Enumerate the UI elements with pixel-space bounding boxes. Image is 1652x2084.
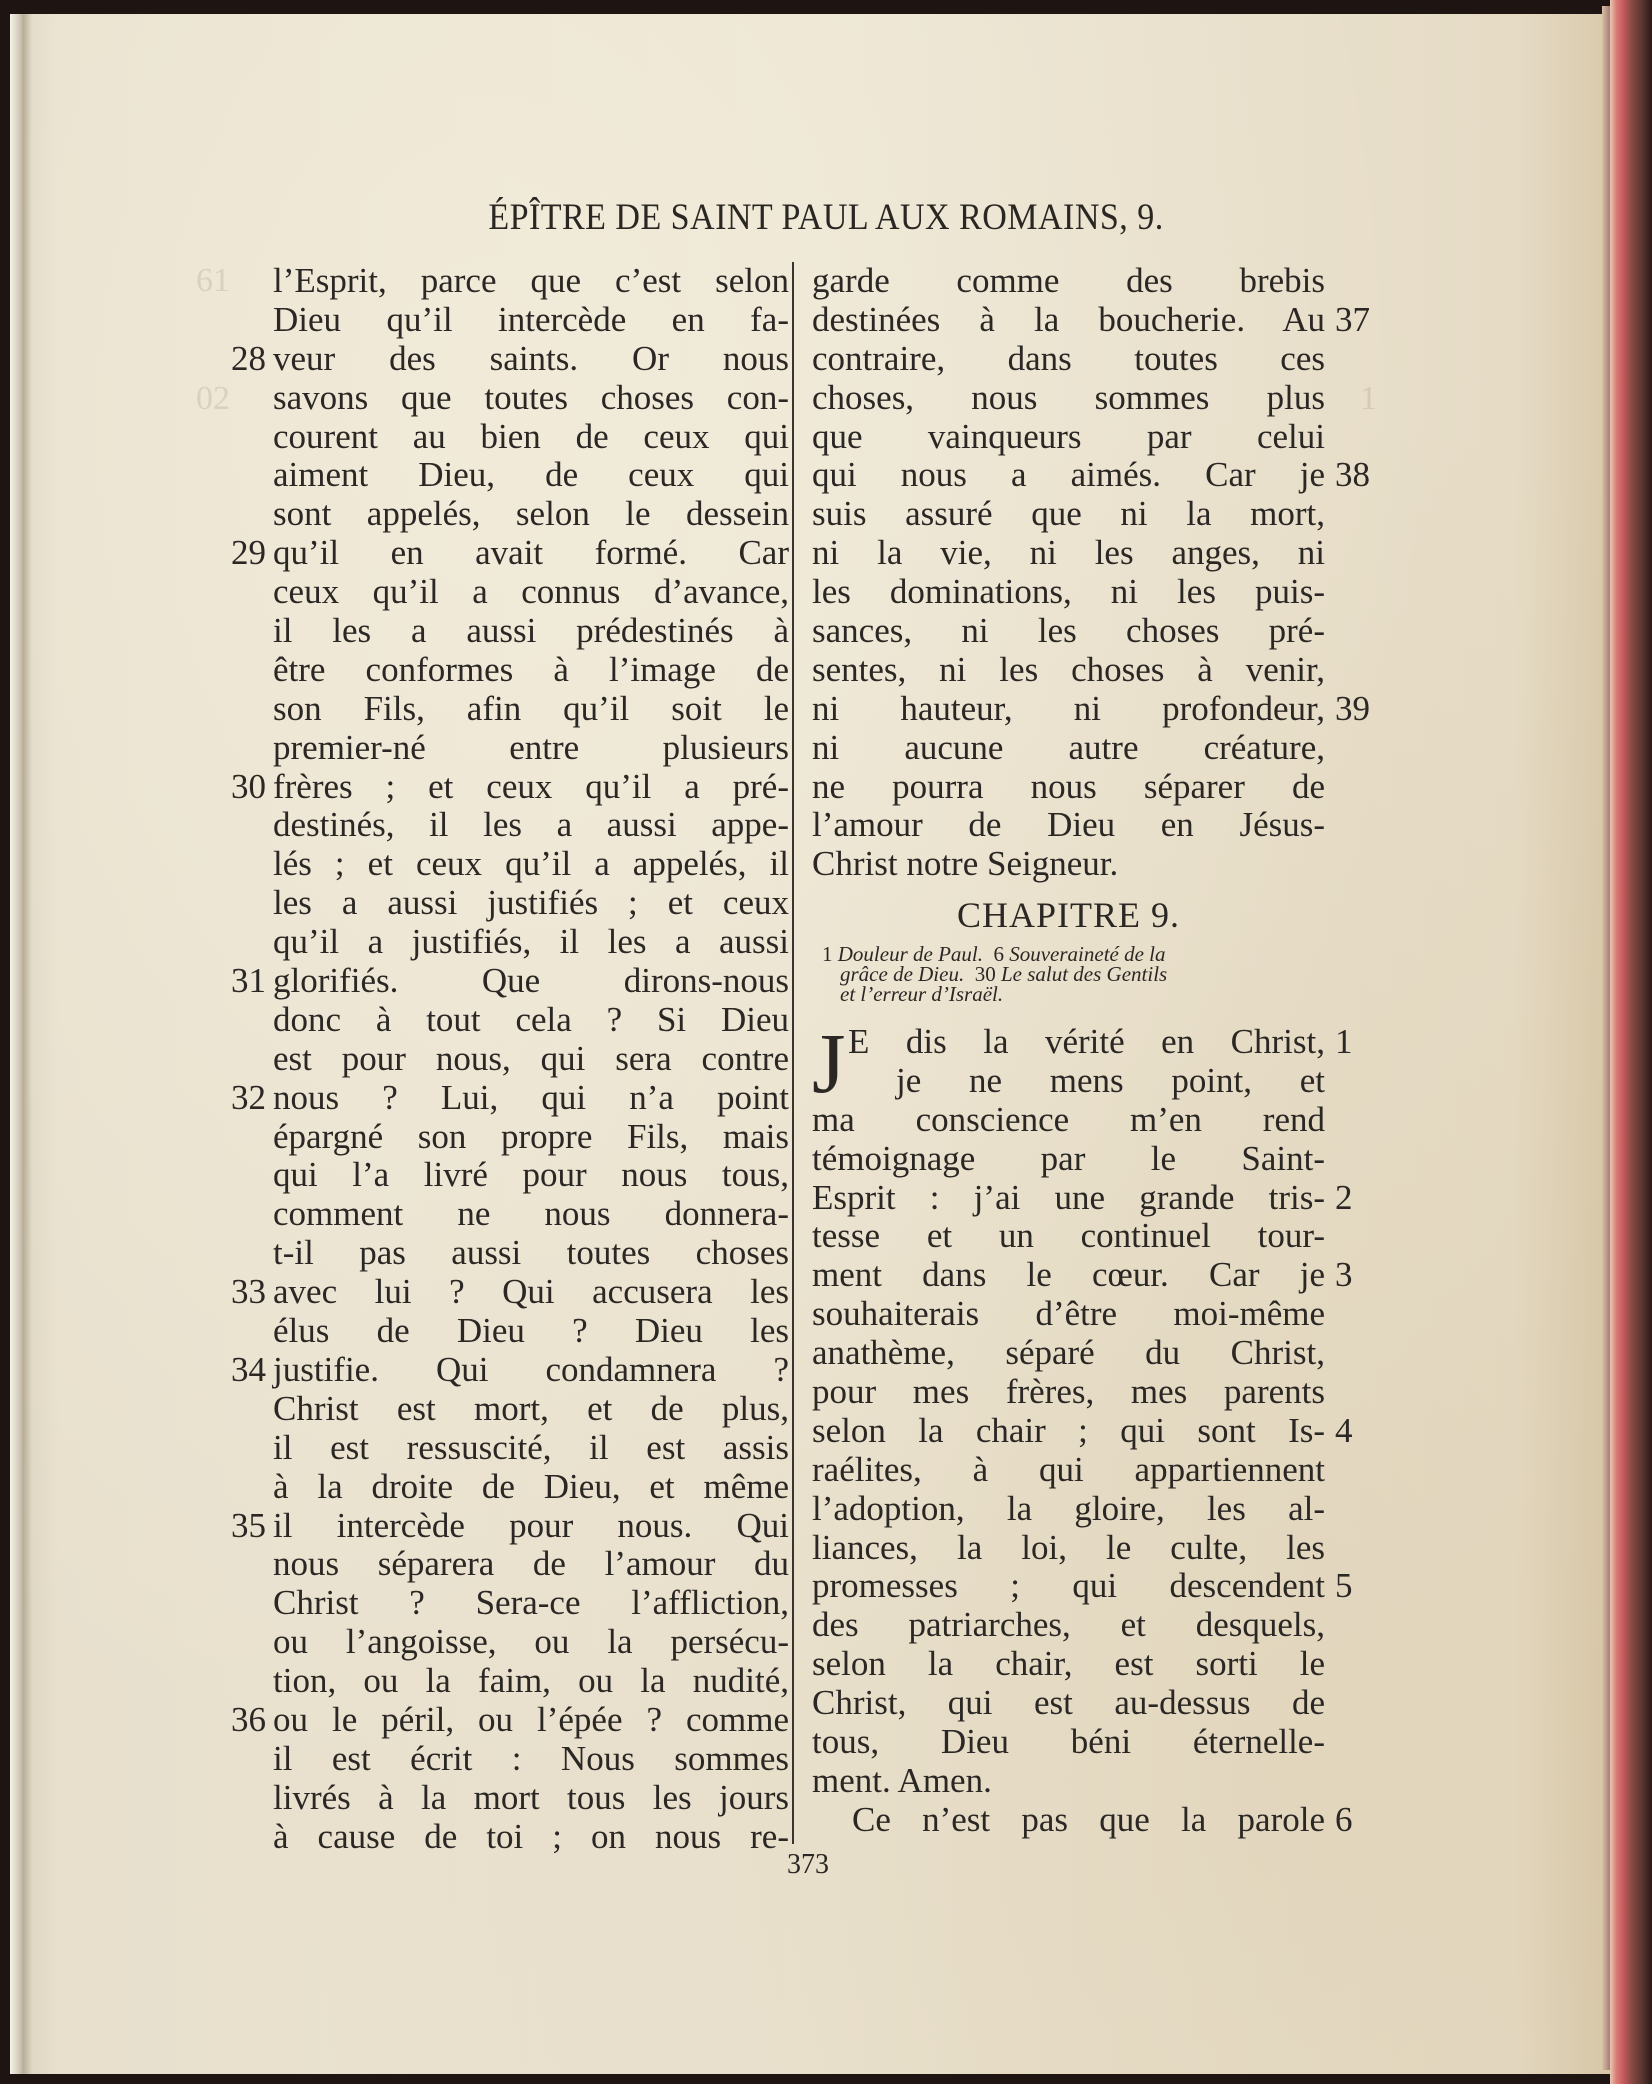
binding-gutter xyxy=(10,14,32,2074)
text-line: Dieu qu’il intercède en fa- xyxy=(222,301,792,340)
text-line: les dominations, ni les puis- xyxy=(812,573,1392,612)
text-line: tion, ou la faim, ou la nudité, xyxy=(222,1662,792,1701)
text-line: élus de Dieu ? Dieu les xyxy=(222,1312,792,1351)
line-text: il les a aussi prédestinés à xyxy=(273,612,789,651)
line-text: tesse et un continuel tour- xyxy=(812,1217,1325,1256)
summary-line: et l’erreur d’Israël. xyxy=(822,984,1330,1004)
text-line: pour mes frères, mes parents xyxy=(812,1373,1392,1412)
text-line: Christ ? Sera-ce l’affliction, xyxy=(222,1584,792,1623)
verse-number: 33 xyxy=(222,1273,266,1312)
text-line: il les a aussi prédestinés à xyxy=(222,612,792,651)
verse-number: 32 xyxy=(222,1079,266,1118)
line-text: ceux qu’il a connus d’avance, xyxy=(273,573,789,612)
text-line: tesse et un continuel tour- xyxy=(812,1217,1392,1256)
text-line: selon la chair ; qui sont Is-4 xyxy=(812,1412,1392,1451)
text-line: que vainqueurs par celui xyxy=(812,418,1392,457)
text-line: à cause de toi ; on nous re- xyxy=(222,1818,792,1857)
line-text: lés ; et ceux qu’il a appelés, il xyxy=(273,845,789,884)
line-text: nous ? Lui, qui n’a point xyxy=(273,1079,789,1118)
verse-number: 39 xyxy=(1335,690,1385,729)
text-line: comment ne nous donnera- xyxy=(222,1195,792,1234)
text-line: ni hauteur, ni profondeur,39 xyxy=(812,690,1392,729)
line-text: ment. Amen. xyxy=(812,1762,1325,1801)
text-line: raélites, à qui appartiennent xyxy=(812,1451,1392,1490)
line-text: t-il pas aussi toutes choses xyxy=(273,1234,789,1273)
text-line: sont appelés, selon le dessein xyxy=(222,495,792,534)
line-text: ou le péril, ou l’épée ? comme xyxy=(273,1701,789,1740)
line-text: Ce n’est pas que la parole xyxy=(852,1801,1325,1840)
line-text: souhaiterais d’être moi-même xyxy=(812,1295,1325,1334)
text-line: je ne mens point, et xyxy=(812,1062,1392,1101)
line-text: savons que toutes choses con- xyxy=(273,379,789,418)
line-text: comment ne nous donnera- xyxy=(273,1195,789,1234)
line-text: ni la vie, ni les anges, ni xyxy=(812,534,1325,573)
text-line: ma conscience m’en rend xyxy=(812,1101,1392,1140)
line-text: qui l’a livré pour nous tous, xyxy=(273,1156,789,1195)
text-line: donc à tout cela ? Si Dieu xyxy=(222,1001,792,1040)
line-text: ou l’angoisse, ou la persécu- xyxy=(273,1623,789,1662)
right-column: garde comme des brebis destinées à la bo… xyxy=(812,262,1392,884)
text-line: destinés, il les a aussi appe- xyxy=(222,806,792,845)
text-line: garde comme des brebis xyxy=(812,262,1392,301)
verse-number: 34 xyxy=(222,1351,266,1390)
text-line: ni la vie, ni les anges, ni xyxy=(812,534,1392,573)
text-line: l’adoption, la gloire, les al- xyxy=(812,1490,1392,1529)
text-line: Esprit : j’ai une grande tris-2 xyxy=(812,1179,1392,1218)
line-text: frères ; et ceux qu’il a pré- xyxy=(273,768,789,807)
verse-number: 29 xyxy=(222,534,266,573)
line-text: Dieu qu’il intercède en fa- xyxy=(273,301,789,340)
text-line: lés ; et ceux qu’il a appelés, il xyxy=(222,845,792,884)
text-line: selon la chair, est sorti le xyxy=(812,1645,1392,1684)
text-line: destinées à la boucherie. Au37 xyxy=(812,301,1392,340)
line-text: tous, Dieu béni éternelle- xyxy=(812,1723,1325,1762)
summary-ref: 1 xyxy=(822,942,833,966)
line-text: raélites, à qui appartiennent xyxy=(812,1451,1325,1490)
text-line: l’Esprit, parce que c’est selon xyxy=(222,262,792,301)
text-line: 36ou le péril, ou l’épée ? comme xyxy=(222,1701,792,1740)
text-line: contraire, dans toutes ces xyxy=(812,340,1392,379)
line-text: avec lui ? Qui accusera les xyxy=(273,1273,789,1312)
text-line: Christ est mort, et de plus, xyxy=(222,1390,792,1429)
verse-number: 35 xyxy=(222,1507,266,1546)
text-line: qu’il a justifiés, il les a aussi xyxy=(222,923,792,962)
text-line: choses, nous sommes plus xyxy=(812,379,1392,418)
text-line: 32nous ? Lui, qui n’a point xyxy=(222,1079,792,1118)
line-text: qu’il en avait formé. Car xyxy=(273,534,789,573)
line-text: être conformes à l’image de xyxy=(273,651,789,690)
line-text: qui nous a aimés. Car je xyxy=(812,456,1325,495)
line-text: je ne mens point, et xyxy=(896,1062,1325,1101)
line-text: ni hauteur, ni profondeur, xyxy=(812,690,1325,729)
text-line: qui l’a livré pour nous tous, xyxy=(222,1156,792,1195)
line-text: tion, ou la faim, ou la nudité, xyxy=(273,1662,789,1701)
text-line: promesses ; qui descendent5 xyxy=(812,1567,1392,1606)
text-line: les a aussi justifiés ; et ceux xyxy=(222,884,792,923)
line-text: E dis la vérité en Christ, xyxy=(848,1023,1325,1062)
line-text: selon la chair ; qui sont Is- xyxy=(812,1412,1325,1451)
text-line: livrés à la mort tous les jours xyxy=(222,1779,792,1818)
verse-number: 4 xyxy=(1335,1412,1385,1451)
line-text: ma conscience m’en rend xyxy=(812,1101,1325,1140)
text-line: 30frères ; et ceux qu’il a pré- xyxy=(222,768,792,807)
line-text: est pour nous, qui sera contre xyxy=(273,1040,789,1079)
summary-text: et l’erreur d’Israël. xyxy=(840,982,1003,1006)
text-line: aiment Dieu, de ceux qui xyxy=(222,456,792,495)
line-text: veur des saints. Or nous xyxy=(273,340,789,379)
summary-text: Le salut des Gentils xyxy=(1001,962,1167,986)
line-text: son Fils, afin qu’il soit le xyxy=(273,690,789,729)
line-text: les dominations, ni les puis- xyxy=(812,573,1325,612)
line-text: pour mes frères, mes parents xyxy=(812,1373,1325,1412)
line-text: Christ, qui est au-dessus de xyxy=(812,1684,1325,1723)
verse-number: 2 xyxy=(1335,1179,1385,1218)
line-text: que vainqueurs par celui xyxy=(812,418,1325,457)
verse-number: 30 xyxy=(222,768,266,807)
verse-number: 3 xyxy=(1335,1256,1385,1295)
text-line: ment dans le cœur. Car je3 xyxy=(812,1256,1392,1295)
line-text: Christ notre Seigneur. xyxy=(812,845,1325,884)
text-line: 29qu’il en avait formé. Car xyxy=(222,534,792,573)
verse-number: 6 xyxy=(1335,1801,1385,1840)
line-text: Christ est mort, et de plus, xyxy=(273,1390,789,1429)
text-line: être conformes à l’image de xyxy=(222,651,792,690)
text-line: ceux qu’il a connus d’avance, xyxy=(222,573,792,612)
text-line: 28veur des saints. Or nous xyxy=(222,340,792,379)
line-text: témoignage par le Saint- xyxy=(812,1140,1325,1179)
text-line: Christ, qui est au-dessus de xyxy=(812,1684,1392,1723)
line-text: contraire, dans toutes ces xyxy=(812,340,1325,379)
line-text: glorifiés. Que dirons-nous xyxy=(273,962,789,1001)
line-text: ne pourra nous séparer de xyxy=(812,768,1325,807)
line-text: liances, la loi, le culte, les xyxy=(812,1529,1325,1568)
line-text: Esprit : j’ai une grande tris- xyxy=(812,1179,1325,1218)
text-line: 35il intercède pour nous. Qui xyxy=(222,1507,792,1546)
line-text: l’adoption, la gloire, les al- xyxy=(812,1490,1325,1529)
line-text: destinés, il les a aussi appe- xyxy=(273,806,789,845)
line-text: l’amour de Dieu en Jésus- xyxy=(812,806,1325,845)
verse-number: 31 xyxy=(222,962,266,1001)
verse-number: 38 xyxy=(1335,456,1385,495)
text-line: Ce n’est pas que la parole6 xyxy=(812,1801,1392,1840)
text-line: t-il pas aussi toutes choses xyxy=(222,1234,792,1273)
line-text: garde comme des brebis xyxy=(812,262,1325,301)
text-line: ne pourra nous séparer de xyxy=(812,768,1392,807)
text-line: sentes, ni les choses à venir, xyxy=(812,651,1392,690)
text-line: liances, la loi, le culte, les xyxy=(812,1529,1392,1568)
text-line: 33avec lui ? Qui accusera les xyxy=(222,1273,792,1312)
text-line: 34justifie. Qui condamnera ? xyxy=(222,1351,792,1390)
left-column: l’Esprit, parce que c’est selon Dieu qu’… xyxy=(222,262,792,1857)
verse-number: 28 xyxy=(222,340,266,379)
verse-number: 36 xyxy=(222,1701,266,1740)
text-line: l’amour de Dieu en Jésus- xyxy=(812,806,1392,845)
text-line: 31glorifiés. Que dirons-nous xyxy=(222,962,792,1001)
line-text: Christ ? Sera-ce l’affliction, xyxy=(273,1584,789,1623)
line-text: sances, ni les choses pré- xyxy=(812,612,1325,651)
line-text: courent au bien de ceux qui xyxy=(273,418,789,457)
text-line: suis assuré que ni la mort, xyxy=(812,495,1392,534)
text-line: ment. Amen. xyxy=(812,1762,1392,1801)
line-text: promesses ; qui descendent xyxy=(812,1567,1325,1606)
text-line: sances, ni les choses pré- xyxy=(812,612,1392,651)
line-text: aiment Dieu, de ceux qui xyxy=(273,456,789,495)
running-head: ÉPÎTRE DE SAINT PAUL AUX ROMAINS, 9. xyxy=(66,196,1586,239)
text-line: son Fils, afin qu’il soit le xyxy=(222,690,792,729)
verse-number: 37 xyxy=(1335,301,1385,340)
chapter-heading: CHAPITRE 9. xyxy=(812,894,1325,936)
line-text: donc à tout cela ? Si Dieu xyxy=(273,1001,789,1040)
text-line: épargné son propre Fils, mais xyxy=(222,1118,792,1157)
text-line: il est écrit : Nous sommes xyxy=(222,1740,792,1779)
line-text: livrés à la mort tous les jours xyxy=(273,1779,789,1818)
chapter-body: J E dis la vérité en Christ,1 je ne mens… xyxy=(812,1023,1392,1840)
page-edge-stack xyxy=(1602,6,1610,2070)
line-text: ment dans le cœur. Car je xyxy=(812,1256,1325,1295)
text-line: des patriarches, et desquels, xyxy=(812,1606,1392,1645)
line-text: des patriarches, et desquels, xyxy=(812,1606,1325,1645)
line-text: l’Esprit, parce que c’est selon xyxy=(273,262,789,301)
line-text: il intercède pour nous. Qui xyxy=(273,1507,789,1546)
summary-line: 1 Douleur de Paul. 6 Souveraineté de la xyxy=(822,944,1330,964)
line-text: suis assuré que ni la mort, xyxy=(812,495,1325,534)
text-line: il est ressuscité, il est assis xyxy=(222,1429,792,1468)
line-text: premier-né entre plusieurs xyxy=(273,729,789,768)
line-text: les a aussi justifiés ; et ceux xyxy=(273,884,789,923)
verse-number: 1 xyxy=(1335,1023,1385,1062)
line-text: choses, nous sommes plus xyxy=(812,379,1325,418)
summary-line: grâce de Dieu. 30 Le salut des Gentils xyxy=(822,964,1330,984)
line-text: sont appelés, selon le dessein xyxy=(273,495,789,534)
text-line: nous séparera de l’amour du xyxy=(222,1545,792,1584)
line-text: ni aucune autre créature, xyxy=(812,729,1325,768)
text-line: savons que toutes choses con- xyxy=(222,379,792,418)
line-text: élus de Dieu ? Dieu les xyxy=(273,1312,789,1351)
line-text: il est ressuscité, il est assis xyxy=(273,1429,789,1468)
line-text: destinées à la boucherie. Au xyxy=(812,301,1325,340)
text-line: Christ notre Seigneur. xyxy=(812,845,1392,884)
column-divider xyxy=(792,262,794,1844)
text-line: ni aucune autre créature, xyxy=(812,729,1392,768)
text-line: courent au bien de ceux qui xyxy=(222,418,792,457)
line-text: anathème, séparé du Christ, xyxy=(812,1334,1325,1373)
line-text: qu’il a justifiés, il les a aussi xyxy=(273,923,789,962)
line-text: à cause de toi ; on nous re- xyxy=(273,1818,789,1857)
text-line: premier-né entre plusieurs xyxy=(222,729,792,768)
line-text: sentes, ni les choses à venir, xyxy=(812,651,1325,690)
text-line: qui nous a aimés. Car je38 xyxy=(812,456,1392,495)
chapter-summary: 1 Douleur de Paul. 6 Souveraineté de la … xyxy=(822,944,1330,1004)
red-fore-edge xyxy=(1610,0,1652,2084)
line-text: épargné son propre Fils, mais xyxy=(273,1118,789,1157)
text-line: à la droite de Dieu, et même xyxy=(222,1468,792,1507)
text-line: ou l’angoisse, ou la persécu- xyxy=(222,1623,792,1662)
line-text: selon la chair, est sorti le xyxy=(812,1645,1325,1684)
line-text: justifie. Qui condamnera ? xyxy=(273,1351,789,1390)
page-number: 373 xyxy=(778,1849,838,1881)
text-line: témoignage par le Saint- xyxy=(812,1140,1392,1179)
text-line: E dis la vérité en Christ,1 xyxy=(812,1023,1392,1062)
text-line: tous, Dieu béni éternelle- xyxy=(812,1723,1392,1762)
line-text: à la droite de Dieu, et même xyxy=(273,1468,789,1507)
text-line: est pour nous, qui sera contre xyxy=(222,1040,792,1079)
line-text: nous séparera de l’amour du xyxy=(273,1545,789,1584)
line-text: il est écrit : Nous sommes xyxy=(273,1740,789,1779)
text-line: anathème, séparé du Christ, xyxy=(812,1334,1392,1373)
verse-number: 5 xyxy=(1335,1567,1385,1606)
text-line: souhaiterais d’être moi-même xyxy=(812,1295,1392,1334)
